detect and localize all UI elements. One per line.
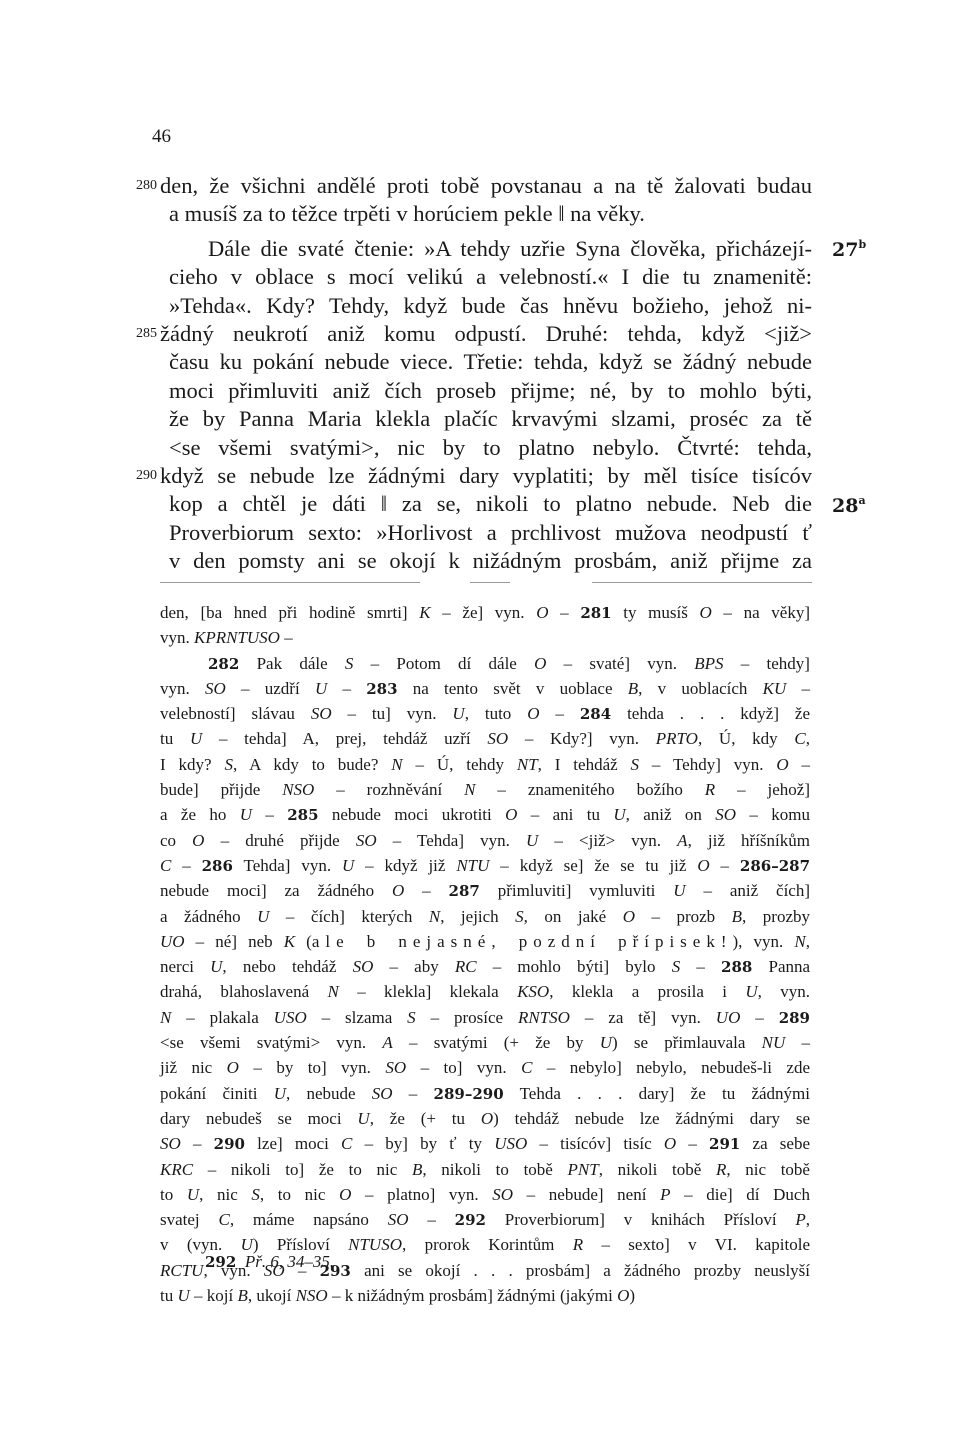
manuscript-siglum: KU	[763, 679, 787, 698]
apparatus-line: pokání činiti U, nebude SO – 289–290 Teh…	[160, 1081, 810, 1106]
manuscript-siglum: O	[776, 755, 788, 774]
line-reference: 289	[779, 1009, 810, 1027]
line-number: 285	[136, 320, 157, 348]
apparatus-text: – Tehda] vyn.	[377, 831, 526, 850]
source-ref-text: Př. 6, 34–35.	[245, 1252, 334, 1271]
manuscript-siglum: O	[227, 1058, 239, 1077]
apparatus-text: dary nebudeš se moci	[160, 1109, 357, 1128]
apparatus-text: – plakala	[171, 1008, 273, 1027]
apparatus-text: – slzama	[307, 1008, 407, 1027]
manuscript-siglum: RNTSO	[518, 1008, 570, 1027]
line-text: když se nebude lze žádnými dary vyplatit…	[160, 463, 812, 488]
apparatus-text: na tento svět v uoblace	[398, 679, 628, 698]
apparatus-text: co	[160, 831, 192, 850]
manuscript-siglum: SO	[492, 1185, 513, 1204]
apparatus-text: – když se] že se tu již	[489, 856, 697, 875]
manuscript-siglum: SO	[487, 729, 508, 748]
separator-rule-left	[160, 582, 420, 583]
source-note: 292 Př. 6, 34–35.	[205, 1252, 334, 1272]
manuscript-siglum: B	[237, 1286, 247, 1305]
apparatus-line: KRC – nikoli to] že to nic B, nikoli to …	[160, 1157, 810, 1182]
manuscript-siglum: B	[628, 679, 638, 698]
manuscript-siglum: C	[218, 1210, 229, 1229]
manuscript-siglum: R	[705, 780, 715, 799]
manuscript-siglum: O	[623, 907, 635, 926]
text-line: cieho v oblace s mocí velikú a velebnost…	[160, 263, 812, 291]
manuscript-siglum: SO	[160, 1134, 181, 1153]
apparatus-text: , Ú, kdy	[698, 729, 794, 748]
apparatus-text: , prorok Korintům	[402, 1235, 573, 1254]
apparatus-text: – to] vyn.	[406, 1058, 521, 1077]
line-reference: 286	[202, 857, 233, 875]
apparatus-text: <se všemi svatými> vyn.	[160, 1033, 382, 1052]
apparatus-text: bude] přijde	[160, 780, 282, 799]
manuscript-siglum: A	[677, 831, 687, 850]
manuscript-siglum: UO	[716, 1008, 741, 1027]
manuscript-siglum: O	[536, 603, 548, 622]
line-reference: 286–287	[740, 857, 810, 875]
apparatus-text: pokání činiti	[160, 1084, 274, 1103]
apparatus-text: a žádného	[160, 907, 257, 926]
manuscript-siglum: SO	[388, 1210, 409, 1229]
apparatus-text: – druhé přijde	[204, 831, 355, 850]
manuscript-siglum: O	[697, 856, 709, 875]
apparatus-text: – klekla] klekala	[339, 982, 517, 1001]
line-reference: 285	[287, 806, 318, 824]
apparatus-line: 282 Pak dále S – Potom dí dále O – svaté…	[160, 651, 810, 676]
manuscript-siglum: SO	[205, 679, 226, 698]
apparatus-text: – za tě] vyn.	[570, 1008, 716, 1027]
manuscript-siglum: C	[341, 1134, 352, 1153]
apparatus-text: , aniž on	[626, 805, 716, 824]
line-reference: 287	[449, 882, 480, 900]
manuscript-siglum: N	[794, 932, 805, 951]
apparatus-text: – aby	[373, 957, 455, 976]
manuscript-siglum: N	[327, 982, 338, 1001]
apparatus-text: –	[404, 881, 448, 900]
apparatus-text: – die] dí Duch	[670, 1185, 810, 1204]
text-line: <se všemi svatými>, nic by to platno neb…	[160, 434, 812, 462]
manuscript-siglum: O	[192, 831, 204, 850]
text-line: »Tehda«. Kdy? Tehdy, když bude čas hněvu…	[160, 292, 812, 320]
manuscript-siglum: U	[452, 704, 464, 723]
apparatus-text: – prozb	[635, 907, 732, 926]
line-text: Dále die svaté čtenie: »A tehdy uzřie Sy…	[208, 236, 812, 261]
apparatus-text: a že ho	[160, 805, 240, 824]
apparatus-text: – ani tu	[517, 805, 613, 824]
manuscript-siglum: NTU	[456, 856, 489, 875]
apparatus-text: svatej	[160, 1210, 218, 1229]
manuscript-siglum: K	[284, 932, 295, 951]
apparatus-text: – nebude] není	[513, 1185, 660, 1204]
apparatus-text: – tehdy]	[724, 654, 810, 673]
apparatus-line: C – 286 Tehda] vyn. U – když již NTU – k…	[160, 853, 810, 878]
apparatus-text: ale b nejasné, pozdní přípisek!	[312, 932, 733, 951]
line-reference: 289–290	[434, 1085, 504, 1103]
manuscript-siglum: O	[339, 1185, 351, 1204]
manuscript-siglum: KPRNTUSO	[194, 628, 280, 647]
text-line: v den pomsty ani se okojí k nižádným pro…	[160, 547, 812, 575]
apparatus-text: –	[393, 1084, 434, 1103]
apparatus-text: vyn.	[160, 679, 205, 698]
apparatus-text: –	[740, 1008, 778, 1027]
apparatus-line: I kdy? S, A kdy to bude? N – Ú, tehdy NT…	[160, 752, 810, 777]
apparatus-text: drahá, blahoslavená	[160, 982, 327, 1001]
manuscript-siglum: R	[573, 1235, 583, 1254]
apparatus-text: – znamenitého božího	[475, 780, 704, 799]
apparatus-line: co O – druhé přijde SO – Tehda] vyn. U –…	[160, 828, 810, 853]
apparatus-text: lze] moci	[245, 1134, 341, 1153]
manuscript-siglum: P	[660, 1185, 670, 1204]
apparatus-line: dary nebudeš se moci U, že (+ tu O) tehd…	[160, 1106, 810, 1131]
apparatus-text: , klekla a prosila i	[549, 982, 745, 1001]
manuscript-siglum: S	[631, 755, 640, 774]
line-number: 290	[136, 462, 157, 490]
manuscript-siglum: USO	[274, 1008, 307, 1027]
apparatus-text: –	[789, 755, 810, 774]
manuscript-siglum: NTUSO	[348, 1235, 402, 1254]
manuscript-siglum: U	[257, 907, 269, 926]
manuscript-siglum: KRC	[160, 1160, 193, 1179]
manuscript-siglum: NSO	[282, 780, 314, 799]
apparatus-text: – by to] vyn.	[239, 1058, 385, 1077]
manuscript-siglum: S	[224, 755, 233, 774]
text-line: Proverbiorum sexto: »Horlivost a prchliv…	[160, 519, 812, 547]
manuscript-siglum: R	[716, 1160, 726, 1179]
line-text: cieho v oblace s mocí velikú a velebnost…	[169, 264, 812, 289]
manuscript-siglum: S	[515, 907, 524, 926]
manuscript-siglum: U	[357, 1109, 369, 1128]
text-line: a musíš za to těžce trpěti v horúciem pe…	[160, 200, 812, 228]
apparatus-text: již nic	[160, 1058, 227, 1077]
apparatus-text: – sexto] v VI. kapitole	[583, 1235, 810, 1254]
apparatus-text: –	[409, 1210, 455, 1229]
text-line: 290když se nebude lze žádnými dary vypla…	[160, 462, 812, 490]
apparatus-text: –	[327, 679, 366, 698]
apparatus-line: drahá, blahoslavená N – klekla] klekala …	[160, 979, 810, 1004]
manuscript-siglum: SO	[356, 831, 377, 850]
text-line: kop a chtěl je dáti ‖ za se, nikoli to p…	[160, 490, 812, 518]
apparatus-text: , A kdy to bude?	[233, 755, 391, 774]
manuscript-siglum: K	[419, 603, 430, 622]
manuscript-siglum: O	[534, 654, 546, 673]
manuscript-siglum: NSO	[296, 1286, 328, 1305]
apparatus-text: nebude moci ukrotiti	[319, 805, 506, 824]
apparatus-line: SO – 290 lze] moci C – by] by ť ty USO –…	[160, 1131, 810, 1156]
manuscript-siglum: PNT	[568, 1160, 599, 1179]
apparatus-text: , jejich	[440, 907, 515, 926]
manuscript-siglum: UO	[160, 932, 185, 951]
apparatus-text: nebude moci] za žádného	[160, 881, 392, 900]
apparatus-text: ,	[806, 729, 810, 748]
apparatus-text: Pak dále	[239, 654, 345, 673]
apparatus-line: a žádného U – čích] kterých N, jejich S,…	[160, 904, 810, 929]
apparatus-text: , on jaké	[524, 907, 623, 926]
apparatus-line: a že ho U – 285 nebude moci ukrotiti O –…	[160, 802, 810, 827]
line-reference: 281	[580, 604, 611, 622]
apparatus-text: –	[171, 856, 201, 875]
apparatus-text: tehda . . . když] že	[611, 704, 810, 723]
apparatus-text: –	[676, 1134, 709, 1153]
manuscript-siglum: RCTU	[160, 1261, 203, 1280]
apparatus-text: –	[549, 603, 581, 622]
apparatus-text: – by] by ť ty	[352, 1134, 494, 1153]
line-reference: 291	[709, 1135, 740, 1153]
line-text: kop a chtěl je dáti ‖ za se, nikoli to p…	[169, 491, 812, 516]
manuscript-siglum: USO	[494, 1134, 527, 1153]
manuscript-siglum: C	[160, 856, 171, 875]
apparatus-text: – Kdy?] vyn.	[508, 729, 656, 748]
apparatus-text: – <již> vyn.	[538, 831, 677, 850]
manuscript-siglum: SO	[385, 1058, 406, 1077]
manuscript-siglum: N	[160, 1008, 171, 1027]
apparatus-text: , ukojí	[248, 1286, 296, 1305]
manuscript-siglum: S	[251, 1185, 260, 1204]
apparatus-text: ani se okojí . . . prosbám] a žádného pr…	[351, 1261, 810, 1280]
folio-side: b	[858, 238, 866, 251]
apparatus-text: , již hříšníkům	[688, 831, 810, 850]
manuscript-siglum: U	[342, 856, 354, 875]
manuscript-siglum: U	[190, 729, 202, 748]
apparatus-text: vyn.	[160, 628, 194, 647]
apparatus-text: , tuto	[465, 704, 528, 723]
manuscript-siglum: O	[617, 1286, 629, 1305]
apparatus-text: – tehda] A, prej, tehdáž uzří	[202, 729, 487, 748]
apparatus-text: přimluviti] vymluviti	[480, 881, 673, 900]
apparatus-text: – Potom dí dále	[353, 654, 534, 673]
manuscript-siglum: U	[745, 982, 757, 1001]
apparatus-text: Tehda] vyn.	[233, 856, 342, 875]
apparatus-text: – Tehdy] vyn.	[639, 755, 776, 774]
apparatus-line: bude] přijde NSO – rozhněvání N – znamen…	[160, 777, 810, 802]
apparatus-line: UO – né] neb K (ale b nejasné, pozdní př…	[160, 929, 810, 954]
apparatus-line: tu U – tehda] A, prej, tehdáž uzří SO – …	[160, 726, 810, 751]
apparatus-text: – nebylo] nebylo, nebudeš-li zde	[532, 1058, 810, 1077]
manuscript-siglum: U	[210, 957, 222, 976]
manuscript-siglum: U	[274, 1084, 286, 1103]
manuscript-siglum: O	[505, 805, 517, 824]
line-text: a musíš za to těžce trpěti v horúciem pe…	[169, 201, 645, 226]
line-text: <se všemi svatými>, nic by to platno neb…	[169, 435, 812, 460]
line-text: Proverbiorum sexto: »Horlivost a prchliv…	[169, 520, 812, 545]
source-ref-number: 292	[205, 1253, 236, 1271]
apparatus-text: – prosíce	[416, 1008, 518, 1027]
apparatus-text: nerci	[160, 957, 210, 976]
manuscript-siglum: N	[429, 907, 440, 926]
manuscript-siglum: U	[177, 1286, 189, 1305]
text-line: že by Panna Maria klekla plačíc krvavými…	[160, 405, 812, 433]
line-reference: 288	[721, 958, 752, 976]
line-text: den, že všichni andělé proti tobě povsta…	[160, 173, 812, 198]
apparatus-text: – svaté] vyn.	[546, 654, 694, 673]
apparatus-text: , vyn.	[758, 982, 810, 1001]
line-text: času ku pokání nebude viece. Třetie: teh…	[169, 349, 812, 374]
line-text: v den pomsty ani se okojí k nižádným pro…	[169, 548, 812, 573]
apparatus-text: , nic	[199, 1185, 251, 1204]
apparatus-text: velebností] slávau	[160, 704, 311, 723]
apparatus-line: svatej C, máme napsáno SO – 292 Proverbi…	[160, 1207, 810, 1232]
main-text: 280den, že všichni andělé proti tobě pov…	[160, 172, 812, 575]
apparatus-text: ) tehdáž nebude lze žádnými dary se	[493, 1109, 810, 1128]
apparatus-text: ), vyn.	[733, 932, 795, 951]
apparatus-text: , máme napsáno	[230, 1210, 388, 1229]
manuscript-siglum: S	[407, 1008, 416, 1027]
separator-rule-mid	[470, 582, 510, 583]
apparatus-text: tu	[160, 729, 190, 748]
critical-apparatus: den, [ba hned při hodině smrti] K – že] …	[160, 600, 810, 1308]
manuscript-siglum: C	[521, 1058, 532, 1077]
apparatus-line: nebude moci] za žádného O – 287 přimluvi…	[160, 878, 810, 903]
manuscript-siglum: O	[700, 603, 712, 622]
apparatus-text: , nebo tehdáž	[222, 957, 352, 976]
manuscript-siglum: NU	[762, 1033, 786, 1052]
apparatus-text: – mohlo býti] bylo	[477, 957, 672, 976]
line-number: 280	[136, 172, 157, 200]
apparatus-text: – jehož]	[715, 780, 810, 799]
apparatus-text: , nikoli tobě	[599, 1160, 716, 1179]
line-reference: 292	[455, 1211, 486, 1229]
folio-label: 28	[832, 495, 858, 517]
apparatus-line: velebností] slávau SO – tu] vyn. U, tuto…	[160, 701, 810, 726]
manuscript-siglum: U	[315, 679, 327, 698]
apparatus-text: –	[785, 1033, 810, 1052]
apparatus-text: ,	[806, 1210, 810, 1229]
apparatus-text: – aniž čích]	[686, 881, 810, 900]
apparatus-text: Proverbiorum] v knihách Přísloví	[486, 1210, 795, 1229]
page-number: 46	[152, 126, 171, 148]
folio-label: 27	[832, 239, 858, 261]
margin-folio-28a: 28a	[832, 494, 866, 517]
apparatus-text: –	[181, 1134, 214, 1153]
apparatus-text: , to nic	[260, 1185, 339, 1204]
apparatus-text: , prozby	[742, 907, 810, 926]
text-line: moci přimluviti aniž čích proseb přijme;…	[160, 377, 812, 405]
line-reference: 282	[208, 655, 239, 673]
manuscript-siglum: SO	[311, 704, 332, 723]
text-line: času ku pokání nebude viece. Třetie: teh…	[160, 348, 812, 376]
apparatus-text: – platno] vyn.	[351, 1185, 492, 1204]
apparatus-text: to	[160, 1185, 187, 1204]
apparatus-text: – nikoli to] že to nic	[193, 1160, 412, 1179]
text-line: 285žádný neukrotí aniž komu odpustí. Dru…	[160, 320, 812, 348]
apparatus-line: N – plakala USO – slzama S – prosíce RNT…	[160, 1005, 810, 1030]
apparatus-text: – tu] vyn.	[332, 704, 453, 723]
folio-side: a	[858, 494, 865, 507]
margin-folio-27b: 27b	[832, 238, 866, 261]
manuscript-siglum: U	[526, 831, 538, 850]
manuscript-siglum: SO	[715, 805, 736, 824]
manuscript-siglum: U	[600, 1033, 612, 1052]
manuscript-siglum: BPS	[694, 654, 723, 673]
manuscript-siglum: PRTO	[656, 729, 698, 748]
line-reference: 283	[366, 680, 397, 698]
apparatus-line: nerci U, nebo tehdáž SO – aby RC – mohlo…	[160, 954, 810, 979]
manuscript-siglum: U	[240, 805, 252, 824]
apparatus-text: ty musíš	[612, 603, 700, 622]
apparatus-text: –	[680, 957, 721, 976]
manuscript-siglum: N	[464, 780, 475, 799]
apparatus-text: –	[786, 679, 810, 698]
apparatus-text: – komu	[736, 805, 810, 824]
apparatus-text: – k nižádným prosbám] žádnými (jakými	[328, 1286, 617, 1305]
apparatus-text: –	[540, 704, 580, 723]
apparatus-text: – když již	[354, 856, 456, 875]
apparatus-text: ) se přimlauvala	[612, 1033, 762, 1052]
apparatus-text: – svatými (+ že by	[393, 1033, 600, 1052]
manuscript-siglum: U	[673, 881, 685, 900]
manuscript-siglum: U	[187, 1185, 199, 1204]
manuscript-siglum: SO	[353, 957, 374, 976]
apparatus-text: , že (+ tu	[370, 1109, 481, 1128]
manuscript-siglum: N	[391, 755, 402, 774]
manuscript-siglum: A	[382, 1033, 392, 1052]
manuscript-siglum: KSO	[517, 982, 549, 1001]
apparatus-text: – na věky]	[712, 603, 810, 622]
apparatus-text: den, [ba hned při hodině smrti]	[160, 603, 419, 622]
apparatus-text: )	[629, 1286, 635, 1305]
apparatus-line: vyn. KPRNTUSO –	[160, 625, 810, 650]
apparatus-text: – že] vyn.	[431, 603, 537, 622]
apparatus-text: za sebe	[740, 1134, 810, 1153]
line-text: že by Panna Maria klekla plačíc krvavými…	[169, 406, 812, 431]
apparatus-text: Tehda . . . dary] že tu žádnými	[504, 1084, 810, 1103]
apparatus-text: –	[252, 805, 287, 824]
separator-rule-right	[592, 582, 812, 583]
manuscript-siglum: O	[527, 704, 539, 723]
apparatus-text: Panna	[752, 957, 810, 976]
apparatus-text: – tisícóv] tisíc	[527, 1134, 664, 1153]
apparatus-text: , I tehdáž	[538, 755, 631, 774]
manuscript-siglum: RC	[455, 957, 477, 976]
manuscript-siglum: B	[732, 907, 742, 926]
manuscript-siglum: O	[481, 1109, 493, 1128]
apparatus-line: to U, nic S, to nic O – platno] vyn. SO …	[160, 1182, 810, 1207]
apparatus-text: , v uoblacích	[638, 679, 763, 698]
apparatus-text: I kdy?	[160, 755, 224, 774]
apparatus-text: , nikoli to tobě	[422, 1160, 567, 1179]
manuscript-siglum: U	[613, 805, 625, 824]
apparatus-text: , nebude	[286, 1084, 372, 1103]
manuscript-siglum: C	[794, 729, 805, 748]
apparatus-text: (	[295, 932, 312, 951]
apparatus-text: tu	[160, 1286, 177, 1305]
line-reference: 284	[580, 705, 611, 723]
apparatus-text: – uzdří	[226, 679, 315, 698]
apparatus-text: – čích] kterých	[269, 907, 428, 926]
apparatus-line: tu U – kojí B, ukojí NSO – k nižádným pr…	[160, 1283, 810, 1308]
manuscript-siglum: O	[392, 881, 404, 900]
line-text: žádný neukrotí aniž komu odpustí. Druhé:…	[160, 321, 812, 346]
manuscript-siglum: NT	[517, 755, 538, 774]
line-reference: 290	[214, 1135, 245, 1153]
apparatus-line: den, [ba hned při hodině smrti] K – že] …	[160, 600, 810, 625]
apparatus-text: –	[710, 856, 740, 875]
apparatus-text: – Ú, tehdy	[403, 755, 517, 774]
apparatus-text: – rozhněvání	[314, 780, 464, 799]
manuscript-siglum: S	[672, 957, 681, 976]
apparatus-text: – kojí	[190, 1286, 238, 1305]
manuscript-siglum: P	[795, 1210, 805, 1229]
apparatus-line: <se všemi svatými> vyn. A – svatými (+ ž…	[160, 1030, 810, 1055]
text-line: Dále die svaté čtenie: »A tehdy uzřie Sy…	[160, 235, 812, 263]
apparatus-text: – né] neb	[185, 932, 284, 951]
manuscript-siglum: O	[664, 1134, 676, 1153]
line-text: moci přimluviti aniž čích proseb přijme;…	[169, 378, 812, 403]
line-text: »Tehda«. Kdy? Tehdy, když bude čas hněvu…	[169, 293, 812, 318]
manuscript-siglum: SO	[372, 1084, 393, 1103]
apparatus-text: ,	[806, 932, 810, 951]
apparatus-text: , nic tobě	[726, 1160, 810, 1179]
